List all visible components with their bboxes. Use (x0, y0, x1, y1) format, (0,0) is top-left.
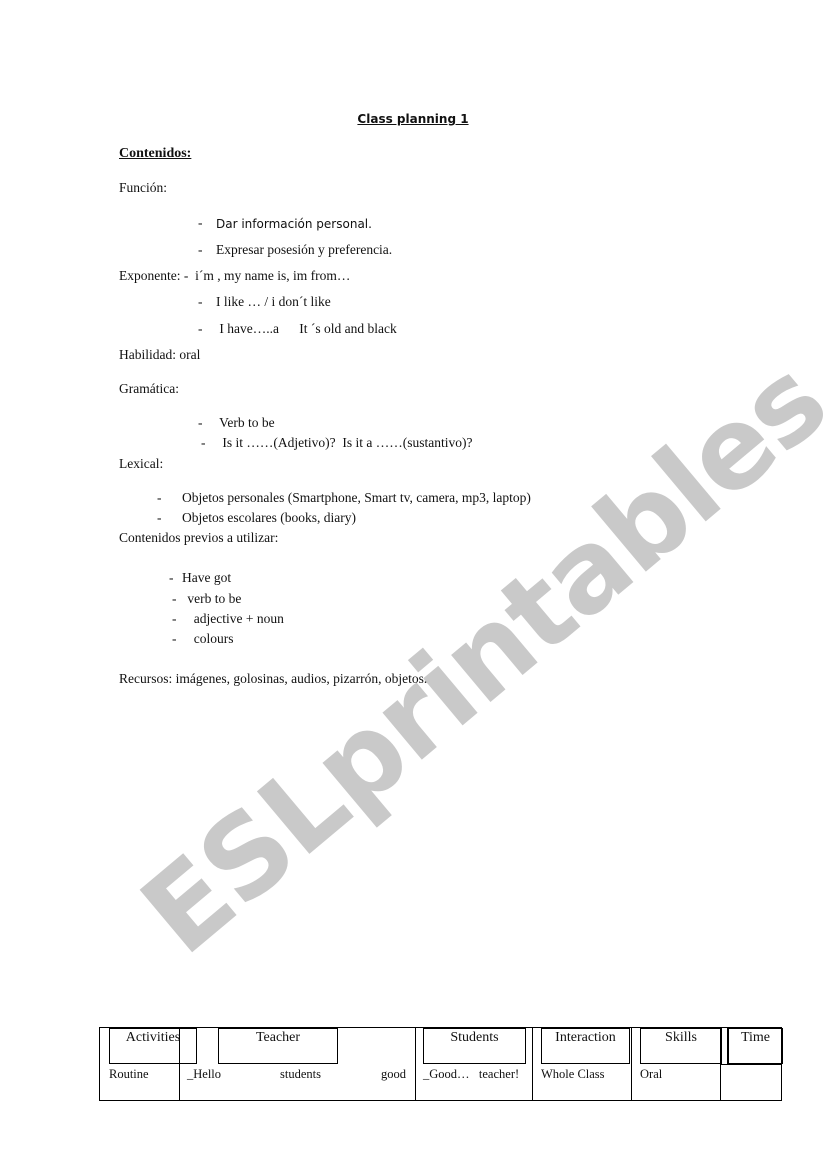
cell-teacher-part: _Hello (187, 1066, 221, 1082)
bullet-dash: - (169, 570, 174, 586)
label-lexical: Lexical: (119, 456, 163, 472)
cell-skills: Oral (640, 1066, 662, 1082)
bullet-dash: - (172, 591, 177, 607)
previos-item: verb to be (184, 591, 241, 607)
cell-activity: Routine (109, 1066, 149, 1082)
gramatica-item: Verb to be (216, 415, 275, 431)
bullet-dash: - (157, 510, 162, 526)
bullet-dash: - (198, 215, 203, 231)
cell-interaction: Whole Class (541, 1066, 605, 1082)
cell-teacher-part: students (280, 1066, 321, 1082)
bullet-dash: - (198, 294, 203, 310)
label-gramatica: Gramática: (119, 381, 179, 397)
funcion-item: Dar información personal. (216, 216, 372, 232)
label-funcion: Función: (119, 180, 167, 196)
lexical-item: Objetos escolares (books, diary) (182, 510, 356, 526)
bullet-dash: - (198, 415, 203, 431)
lexical-item: Objetos personales (Smartphone, Smart tv… (182, 490, 531, 506)
column-divider (631, 1028, 632, 1100)
bullet-dash: - (172, 631, 177, 647)
bullet-dash: - (198, 321, 203, 337)
previos-item: colours (187, 631, 234, 647)
document-content: Class planning 1 Contenidos: Función: - … (0, 0, 826, 1169)
header-students: Students (423, 1028, 526, 1064)
label-contenidos-previos: Contenidos previos a utilizar: (119, 530, 278, 546)
column-divider (415, 1028, 416, 1100)
funcion-item: Expresar posesión y preferencia. (216, 242, 392, 258)
previos-item: adjective + noun (187, 611, 284, 627)
label-exponente: Exponente: - i´m , my name is, im from… (119, 268, 350, 284)
bullet-dash: - (172, 611, 177, 627)
planning-table: Activities Teacher Students Interaction … (99, 1027, 782, 1101)
column-divider (532, 1028, 533, 1100)
cell-teacher-part: good (381, 1066, 406, 1082)
row-divider (720, 1064, 781, 1065)
exponente-item: I have…..a It ´s old and black (216, 321, 397, 337)
header-interaction: Interaction (541, 1028, 630, 1064)
header-skills: Skills (640, 1028, 722, 1064)
document-page: ESLprintables.com Class planning 1 Conte… (0, 0, 826, 1169)
previos-item: Have got (182, 570, 231, 586)
bullet-dash: - (157, 490, 162, 506)
exponente-item: I like … / i don´t like (216, 294, 331, 310)
gramatica-item: Is it ……(Adjetivo)? Is it a ……(sustantiv… (219, 435, 472, 451)
header-activities: Activities (109, 1028, 197, 1064)
label-recursos: Recursos: imágenes, golosinas, audios, p… (119, 671, 427, 687)
header-teacher: Teacher (218, 1028, 338, 1064)
bullet-dash: - (198, 242, 203, 258)
section-heading-contenidos: Contenidos: (119, 146, 191, 162)
label-habilidad: Habilidad: oral (119, 347, 200, 363)
header-time: Time (727, 1028, 783, 1064)
bullet-dash: - (201, 435, 206, 451)
document-title: Class planning 1 (0, 112, 826, 126)
cell-students: _Good… teacher! (423, 1066, 519, 1082)
